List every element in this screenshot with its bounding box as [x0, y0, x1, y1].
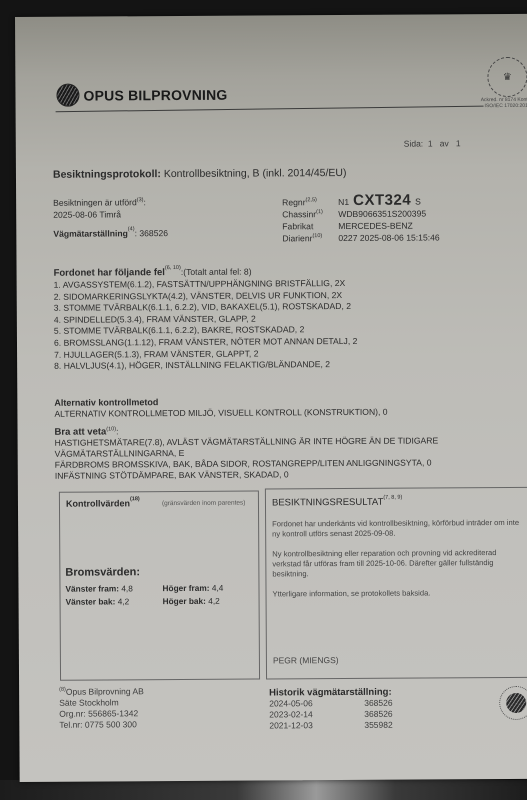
brake-rear-right: Höger bak: 4,2 — [163, 595, 263, 606]
climate-compensated-seal — [499, 686, 527, 720]
regnr-row: Regnr(2,5) N1 CXT324 S — [282, 194, 439, 208]
brand-logo: OPUS BILPROVNING — [56, 83, 227, 107]
fault-item: 6. BROMSSLANG(1.1.12), FRAM VÄNSTER, NÖT… — [54, 336, 357, 349]
make-row: Fabrikat MERCEDES-BENZ — [282, 219, 439, 232]
result-paragraph: Ytterligare information, se protokollets… — [273, 588, 525, 600]
swedac-accreditation-seal: ♛ Ackred. nr 8174 Kontroll ISO/IEC 17020… — [477, 57, 527, 109]
company-info: (8)Opus Bilprovning AB Säte Stockholm Or… — [59, 686, 144, 731]
inspector-signature: PEGR (MIENGS) — [273, 655, 339, 665]
good-to-know: Bra att veta(10): HASTIGHETSMÄTARE(7.8),… — [55, 424, 495, 482]
alternative-control-method: Alternativ kontrollmetod ALTERNATIV KONT… — [54, 396, 387, 420]
history-row: 2021-12-03355982 — [269, 720, 424, 732]
control-values-box: Kontrollvärden(18) (gränsvärden inom par… — [59, 491, 260, 681]
globe-icon — [506, 693, 526, 713]
faults-list: 1. AVGASSYSTEM(6.1.2), FASTSÄTTN/UPPHÄNG… — [54, 278, 358, 373]
result-paragraph: Ny kontrollbesiktning eller reparation o… — [272, 548, 524, 580]
inspection-result-box: BESIKTNINGSRESULTAT(7, 8, 9) Fordonet ha… — [265, 487, 527, 680]
inspection-document: OPUS BILPROVNING ♛ Ackred. nr 8174 Kontr… — [15, 14, 527, 782]
result-paragraph: Fordonet har underkänts vid kontrollbesi… — [272, 518, 524, 540]
chassis-row: Chassinr(1) WDB9066351S200395 — [282, 207, 439, 220]
vehicle-info: Regnr(2,5) N1 CXT324 S Chassinr(1) WDB90… — [282, 194, 440, 244]
table-surface — [0, 780, 527, 800]
brand-name: OPUS BILPROVNING — [83, 86, 227, 103]
faults-heading: Fordonet har följande fel(6, 10):(Totalt… — [54, 267, 252, 279]
note-item: HASTIGHETSMÄTARE(7.8), AVLÄST VÄGMÄTARST… — [55, 435, 495, 460]
odometer-reading: Vägmätarställning(4): 368526 — [53, 228, 168, 239]
page-indicator: Sida: 1 av 1 — [404, 138, 461, 148]
inspection-date-place: 2025-08-06 Timrå — [53, 208, 146, 221]
brake-front-left: Vänster fram: 4,8 — [65, 583, 162, 594]
fault-item: 8. HALVLJUS(4.1), HÖGER, INSTÄLLNING FEL… — [54, 359, 357, 372]
odometer-history: Historik vägmätarställning: 2024-05-0636… — [269, 687, 424, 732]
diary-row: Diarienr(10) 0227 2025-08-06 15:15:46 — [282, 231, 439, 244]
faults-total: :(Totalt antal fel: 8) — [181, 267, 252, 277]
brake-rear-left: Vänster bak: 4,2 — [66, 596, 163, 607]
result-text: Fordonet har underkänts vid kontrollbesi… — [272, 518, 525, 610]
brake-front-right: Höger fram: 4,4 — [162, 582, 262, 593]
vehicle-make: MERCEDES-BENZ — [338, 220, 413, 232]
fault-item: 3. STOMME TVÄRBALK(6.1.1, 6.2.2), VID, B… — [54, 301, 357, 314]
brake-values-heading: Bromsvärden: — [65, 566, 140, 578]
protocol-title: Besiktningsprotokoll: Kontrollbesiktning… — [53, 167, 347, 181]
chassis-number: WDB9066351S200395 — [338, 207, 426, 220]
page-total: 1 — [456, 138, 461, 148]
brake-values: Vänster fram: 4,8 Höger fram: 4,4 Vänste… — [65, 582, 262, 606]
diary-number: 0227 2025-08-06 15:15:46 — [338, 231, 439, 244]
crown-seal-icon: ♛ — [487, 57, 527, 97]
inspection-performed: Besiktningen är utförd(3): 2025-08-06 Ti… — [53, 196, 146, 221]
registration-number: CXT324 — [353, 195, 411, 207]
globe-icon — [56, 84, 79, 107]
seal-caption: Ackred. nr 8174 Kontroll ISO/IEC 17020:2… — [477, 97, 527, 109]
page-current: 1 — [428, 138, 433, 148]
header-divider — [56, 106, 484, 113]
note-item: INFÄSTNING STÖTDÄMPARE, BAK VÄNSTER, SKA… — [55, 468, 495, 482]
